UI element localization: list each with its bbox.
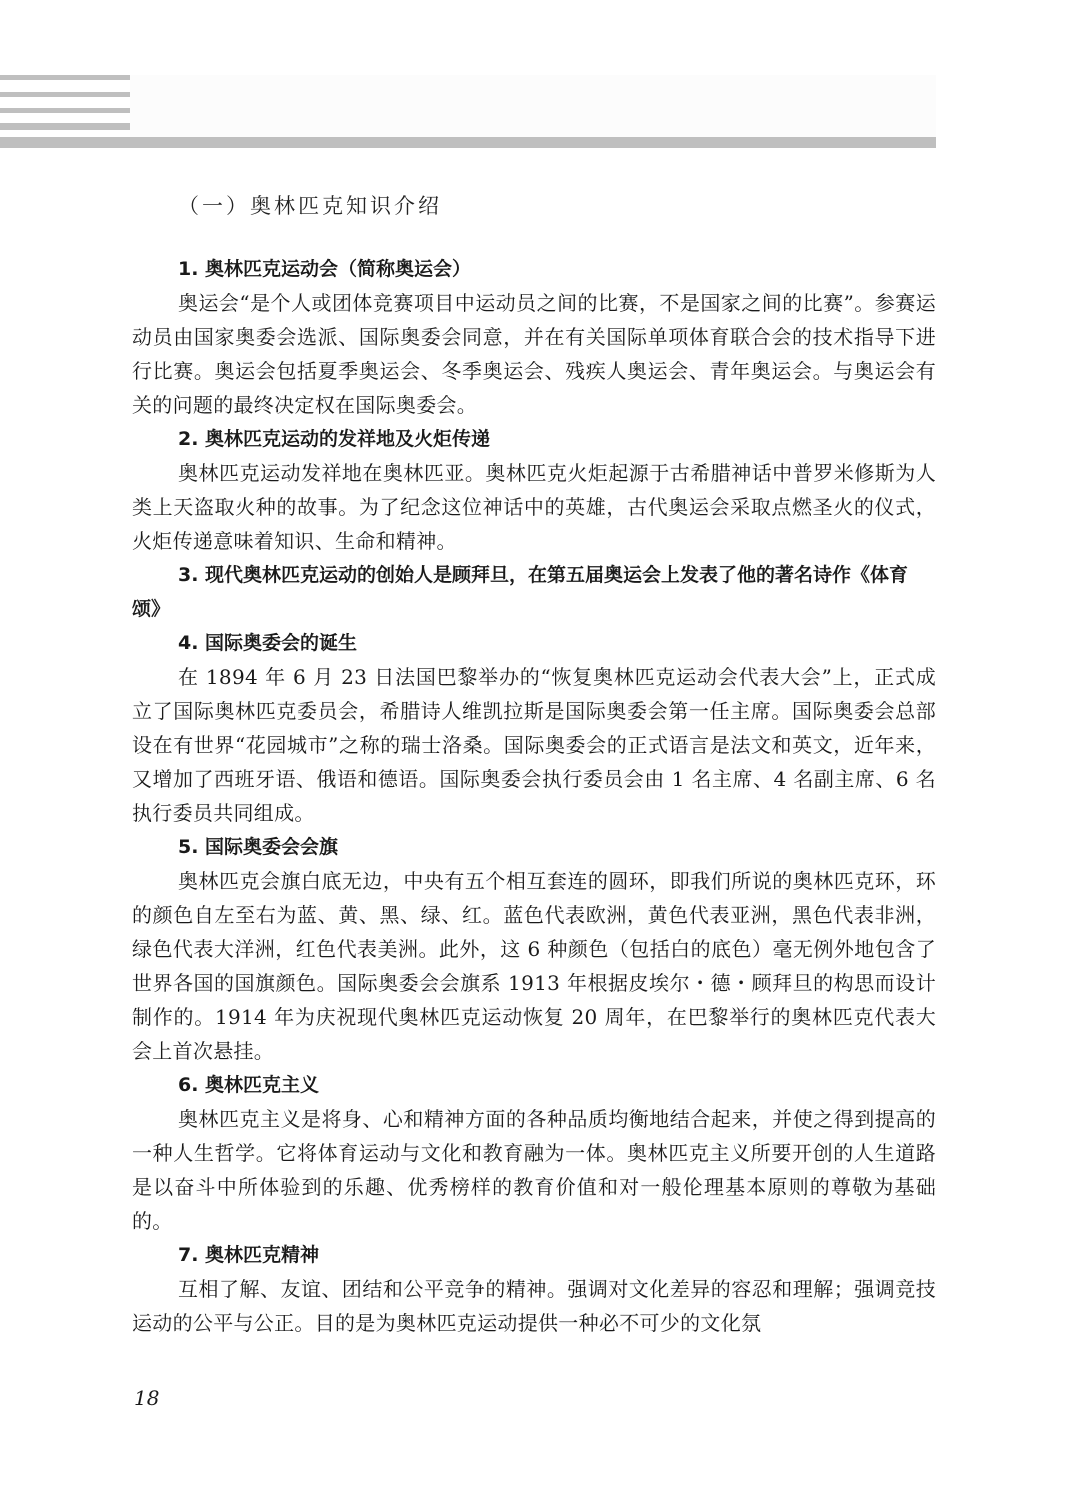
- heading-1: 1. 奥林匹克运动会（简称奥运会）: [132, 252, 936, 286]
- heading-2: 2. 奥林匹克运动的发祥地及火炬传递: [132, 422, 936, 456]
- header-decor-bar: [0, 123, 130, 130]
- paragraph-7: 互相了解、友谊、团结和公平竞争的精神。强调对文化差异的容忍和理解；强调竞技运动的…: [132, 1272, 936, 1340]
- paragraph-2: 奥林匹克运动发祥地在奥林匹亚。奥林匹克火炬起源于古希腊神话中普罗米修斯为人类上天…: [132, 456, 936, 558]
- header-decor-bar: [0, 92, 130, 97]
- section-title: （一）奥林匹克知识介绍: [178, 186, 936, 226]
- heading-6: 6. 奥林匹克主义: [132, 1068, 936, 1102]
- paragraph-6: 奥林匹克主义是将身、心和精神方面的各种品质均衡地结合起来，并使之得到提高的一种人…: [132, 1102, 936, 1238]
- header-background: [130, 75, 936, 137]
- paragraph-5: 奥林匹克会旗白底无边，中央有五个相互套连的圆环，即我们所说的奥林匹克环，环的颜色…: [132, 864, 936, 1068]
- page-number: 18: [134, 1386, 159, 1410]
- header-rule: [0, 137, 936, 148]
- heading-4: 4. 国际奥委会的诞生: [132, 626, 936, 660]
- header-decor-bar: [0, 108, 130, 113]
- header-decor-bar: [0, 75, 130, 80]
- heading-7: 7. 奥林匹克精神: [132, 1238, 936, 1272]
- paragraph-4: 在 1894 年 6 月 23 日法国巴黎举办的“恢复奥林匹克运动会代表大会”上…: [132, 660, 936, 830]
- heading-5: 5. 国际奥委会会旗: [132, 830, 936, 864]
- heading-3: 3. 现代奥林匹克运动的创始人是顾拜旦，在第五届奥运会上发表了他的著名诗作《体育…: [132, 558, 936, 626]
- paragraph-1: 奥运会“是个人或团体竞赛项目中运动员之间的比赛，不是国家之间的比赛”。参赛运动员…: [132, 286, 936, 422]
- page-content: （一）奥林匹克知识介绍 1. 奥林匹克运动会（简称奥运会） 奥运会“是个人或团体…: [132, 186, 936, 1340]
